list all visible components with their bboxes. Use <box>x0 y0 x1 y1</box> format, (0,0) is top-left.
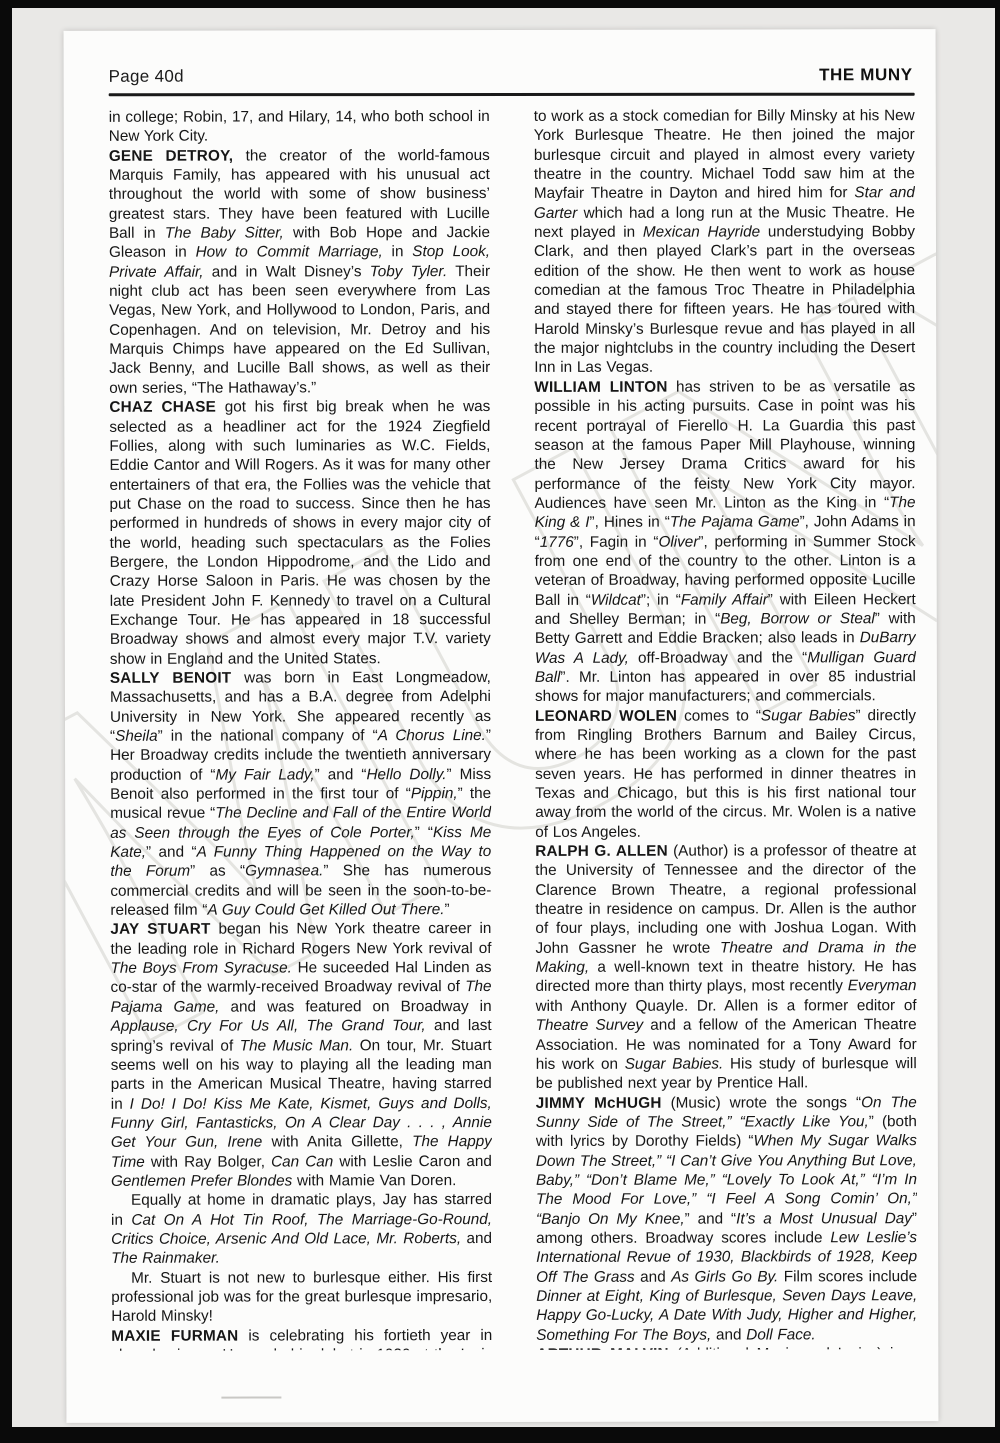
title-text: Hello Dolly. <box>366 766 446 783</box>
title-text: 1776 <box>540 533 574 550</box>
title-text: As Girls Go By. <box>671 1268 778 1285</box>
right-column: to work as a stock comedian for Billy Mi… <box>534 106 918 1350</box>
body-text: with Anita Gillette, <box>262 1133 412 1150</box>
body-text: and in Walt Disney’s <box>203 263 369 280</box>
body-text: ”, Hines in “ <box>590 514 670 531</box>
body-text: ” “ <box>415 824 433 841</box>
title-text: Toby Tyler. <box>370 263 447 280</box>
body-text: comes to “ <box>677 707 761 724</box>
title-text: How to Commit Marriage, <box>196 244 383 261</box>
paragraph: WILLIAM LINTON has striven to be as vers… <box>534 377 916 707</box>
paragraph: JIMMY McHUGH (Music) wrote the songs “On… <box>536 1093 918 1345</box>
paragraph: ARTHUR MALVIN (Additional Music and Lyri… <box>536 1344 917 1350</box>
body-text: ” in the national company of “ <box>158 727 378 744</box>
body-text: ” as “ <box>190 863 245 880</box>
body-text: ” <box>445 901 450 918</box>
body-text: and was featured on Broadway in <box>219 998 491 1016</box>
paragraph: to work as a stock comedian for Billy Mi… <box>534 106 916 378</box>
title-text: Gymnasea. <box>245 863 323 880</box>
title-text: Can Can <box>271 1153 333 1170</box>
body-text: and <box>461 1230 492 1247</box>
title-text: Gentlemen Prefer Blondes <box>111 1172 292 1189</box>
paragraph: Mr. Stuart is not new to burlesque eithe… <box>111 1268 492 1327</box>
title-text: My Fair Lady, <box>215 766 314 783</box>
person-name: JIMMY McHUGH <box>536 1094 662 1111</box>
page-header: Page 40d THE MUNY <box>109 65 915 87</box>
title-text: The Baby Sitter, <box>165 225 284 242</box>
body-text: ” directly from Ringling Brothers Barnum… <box>535 707 916 841</box>
body-text: got his first big break when he was sele… <box>109 398 490 667</box>
title-text: Sheila <box>115 728 158 745</box>
paragraph: MAXIE FURMAN is celebrating his fortieth… <box>111 1326 492 1351</box>
paragraph: in college; Robin, 17, and Hilary, 14, w… <box>109 107 490 146</box>
title-text: Everyman <box>848 978 917 995</box>
page-number: Page 40d <box>109 67 184 87</box>
body-text: with Mamie Van Doren. <box>292 1172 456 1189</box>
body-text: in <box>383 244 413 261</box>
program-page-sheet: MUNY Page 40d THE MUNY in college; Robin… <box>64 29 939 1423</box>
paragraph: JAY STUART began his New York theatre ca… <box>110 919 492 1191</box>
title-text: A Guy Could Get Killed Out There. <box>207 901 444 918</box>
scan-smudge <box>221 1396 281 1398</box>
page-content: Page 40d THE MUNY in college; Robin, 17,… <box>109 65 918 1351</box>
paragraph: LEONARD WOLEN comes to “Sugar Babies” di… <box>535 706 916 842</box>
body-text: Mr. Stuart is not new to burlesque eithe… <box>111 1269 492 1325</box>
person-name: LEONARD WOLEN <box>535 707 677 724</box>
body-text: ” and “ <box>146 844 197 861</box>
body-text: Film scores include <box>778 1268 917 1285</box>
title-text: Theatre Survey <box>536 1017 644 1034</box>
title-text: Beg, Borrow or Steal <box>720 610 875 627</box>
body-text: has striven to be as versatile as possib… <box>534 378 915 512</box>
title-text: Sugar Babies <box>761 707 856 724</box>
body-text: in college; Robin, 17, and Hilary, 14, w… <box>109 108 490 145</box>
body-text: off-Broadway and the “ <box>629 649 807 666</box>
title-text: A Chorus Line. <box>378 727 486 744</box>
person-name: GENE DETROY, <box>109 147 233 164</box>
title-text: Cat On A Hot Tin Roof, The Marriage-Go-R… <box>111 1211 492 1248</box>
person-name: CHAZ CHASE <box>109 399 216 416</box>
person-name: MAXIE FURMAN <box>111 1327 238 1344</box>
paragraph: GENE DETROY, the creator of the world-fa… <box>109 146 491 398</box>
title-text: Pippin, <box>411 785 458 802</box>
paragraph: SALLY BENOIT was born in East Longmeadow… <box>110 668 492 920</box>
body-text: ” and “ <box>315 766 367 783</box>
title-text: Family Affair <box>681 591 768 608</box>
title-text: The Music Man. <box>240 1037 353 1054</box>
person-name: JAY STUART <box>110 921 210 938</box>
title-text: Oliver <box>658 533 698 550</box>
body-text: ”. Mr. Linton has appeared in over 85 in… <box>535 668 916 705</box>
two-column-layout: in college; Robin, 17, and Hilary, 14, w… <box>109 106 918 1351</box>
body-text: understudying Bobby Clark, and then play… <box>534 223 915 376</box>
body-text: ”, Fagin in “ <box>574 533 659 550</box>
header-rule <box>109 93 915 97</box>
title-text: Wildcat <box>591 591 641 608</box>
title-text: The Rainmaker. <box>111 1250 220 1267</box>
body-text: Their night club act has been seen every… <box>109 263 490 397</box>
paragraph: CHAZ CHASE got his first big break when … <box>109 397 491 669</box>
scanned-page: MUNY Page 40d THE MUNY in college; Robin… <box>0 0 1000 1443</box>
left-column: in college; Robin, 17, and Hilary, 14, w… <box>109 107 493 1351</box>
person-name: ARTHUR MALVIN <box>536 1346 669 1350</box>
page-title: THE MUNY <box>819 65 913 85</box>
body-text: and <box>635 1268 672 1285</box>
title-text: Applause, Cry For Us All, The Grand Tour… <box>111 1017 426 1035</box>
body-text: with Anthony Quayle. Dr. Allen is a form… <box>536 997 917 1015</box>
title-text: Sugar Babies. <box>625 1055 724 1072</box>
title-text: The Boys From Syracuse. <box>110 960 291 977</box>
title-text: Doll Face. <box>746 1326 815 1343</box>
title-text: Mexican Hayride <box>643 224 760 241</box>
body-text: ”; in “ <box>641 591 681 608</box>
body-text: with Ray Bolger, <box>145 1153 271 1170</box>
person-name: RALPH G. ALLEN <box>535 843 668 860</box>
body-text: (Music) wrote the songs “ <box>662 1094 862 1111</box>
body-text: and <box>711 1326 746 1343</box>
body-text: ” and “ <box>685 1210 737 1227</box>
paragraph: RALPH G. ALLEN (Author) is a professor o… <box>535 841 917 1093</box>
title-text: It’s a Most Unusual Day <box>736 1210 912 1227</box>
paragraph: Equally at home in dramatic plays, Jay h… <box>111 1190 492 1268</box>
person-name: SALLY BENOIT <box>110 670 231 687</box>
person-name: WILLIAM LINTON <box>534 378 667 395</box>
body-text: with Leslie Caron and <box>333 1153 492 1170</box>
title-text: The Pajama Game <box>670 514 800 531</box>
